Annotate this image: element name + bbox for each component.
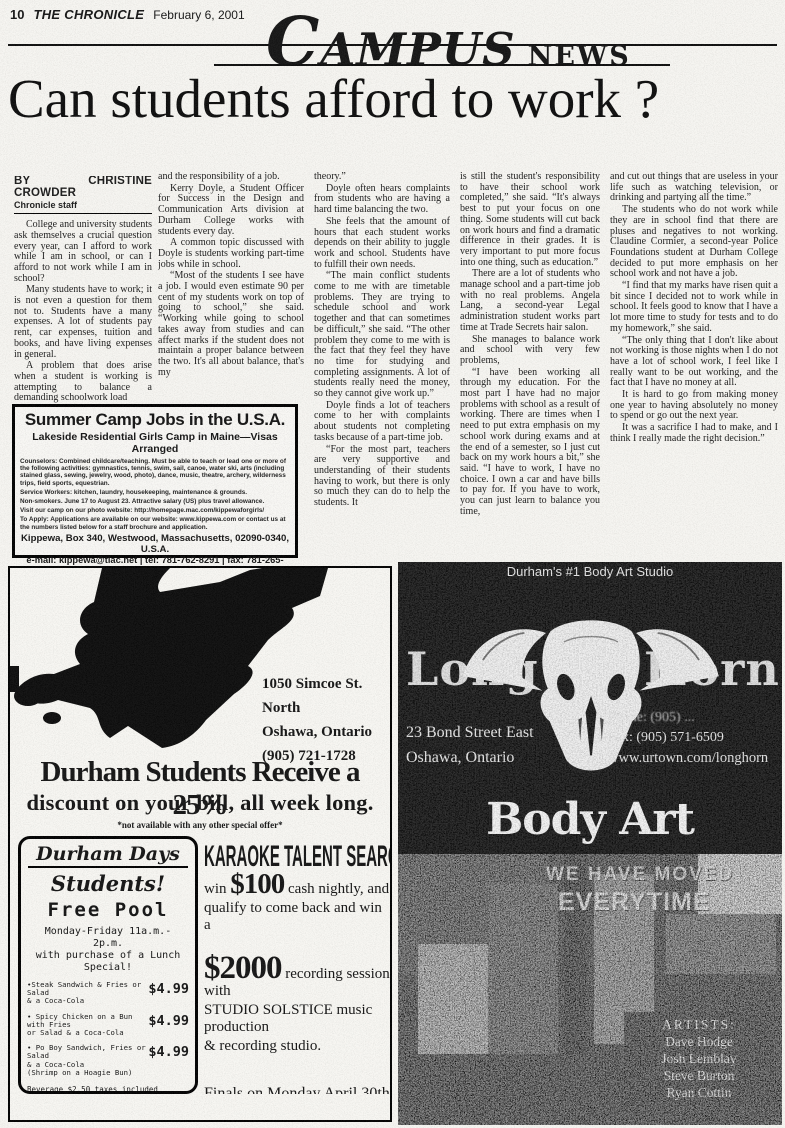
durham-days-ad: Durham Days Students! Free Pool Monday-F… xyxy=(18,836,198,1094)
beverage-note: Beverage $2.50 taxes included xyxy=(27,1085,189,1094)
artists-label: ARTISTS: xyxy=(624,1016,774,1033)
bodyart-address-line2: Oshawa, Ontario xyxy=(406,745,534,770)
text-line: Visit our camp on our photo website: htt… xyxy=(20,507,290,514)
article-column-3: theory.”Doyle often hears complaints fro… xyxy=(314,172,450,550)
newspaper-page: { "header": { "page_number": "10", "publ… xyxy=(0,0,785,1128)
artists-list: ARTISTS: Dave HodgeJosh LemblaySteve Bur… xyxy=(624,1012,774,1105)
byline-role: Chronicle staff xyxy=(14,200,152,214)
menu-item-3-text: • Po Boy Sandwich, Fries or Salad & a Co… xyxy=(27,1044,148,1077)
page-header: 10 THE CHRONICLE February 6, 2001 xyxy=(10,7,245,22)
byline-block: BY CHRISTINE CROWDER Chronicle staff xyxy=(14,176,152,214)
karaoke-line-1: win $100 cash nightly, and xyxy=(204,876,390,898)
text-line: Doyle often hears complaints from studen… xyxy=(314,184,450,216)
article-column-2: and the responsibility of a job.Kerry Do… xyxy=(158,172,304,406)
bodyart-phone: Phone: (905) ... xyxy=(608,708,768,728)
karaoke-line-1-post: cash nightly, and xyxy=(288,881,389,897)
text-line: A problem that does arise when a student… xyxy=(14,361,152,404)
menu-item-2-line1: • Spicy Chicken on a Bun with Fries xyxy=(27,1013,148,1029)
karaoke-title: KARAOKE TALENT SEARCH xyxy=(204,840,297,874)
publication-name: THE CHRONICLE xyxy=(33,7,144,22)
text-line: is still the student's responsibility to… xyxy=(460,172,600,268)
camp-ad-subtitle: Lakeside Residential Girls Camp in Maine… xyxy=(20,431,290,455)
restaurant-ad: 1050 Simcoe St. North Oshawa, Ontario (9… xyxy=(8,566,392,1122)
collage-shape xyxy=(666,914,776,974)
menu-item-2: • Spicy Chicken on a Bun with Fries or S… xyxy=(27,1013,189,1038)
text-line: and cut out things that are useless in y… xyxy=(610,172,778,204)
text-line: There are a lot of students who manage s… xyxy=(460,269,600,333)
text-line: “The only thing that I don't like about … xyxy=(610,336,778,390)
longhorn-name-left: Long xyxy=(406,642,539,696)
text-line: theory.” xyxy=(314,172,450,183)
restaurant-disclaimer: *not available with any other special of… xyxy=(10,820,390,830)
restaurant-address-line2: Oshawa, Ontario xyxy=(262,720,392,744)
menu-item-3: • Po Boy Sandwich, Fries or Salad & a Co… xyxy=(27,1044,189,1077)
bodyart-photo-collage: WE HAVE MOVED EVERYTIME ARTISTS: Dave Ho… xyxy=(398,854,782,1125)
coca-cola-logo: Coca-Cola xyxy=(26,1093,189,1094)
restaurant-headline-2: discount on your bill, all week long. xyxy=(10,790,390,816)
bodyart-fax: Fax: (905) 571-6509 xyxy=(608,728,768,748)
text-line: “For the most part, teachers are very su… xyxy=(314,445,450,509)
text-line: The students who do not work while they … xyxy=(610,205,778,280)
text-line: “The main conflict students come to me w… xyxy=(314,271,450,399)
bodyart-ad: Durham's #1 Body Art Studio Long Horn 23… xyxy=(398,562,782,1125)
text-line: “Most of the students I see have a job. … xyxy=(158,271,304,378)
menu-item-1-line2: & a Coca-Cola xyxy=(27,997,148,1005)
text-line: Dave Hodge xyxy=(624,1033,774,1050)
text-line: She manages to balance work and school w… xyxy=(460,335,600,367)
menu-item-3-price: $4.99 xyxy=(148,1044,189,1060)
text-line: She feels that the amount of hours that … xyxy=(314,217,450,271)
longhorn-name-right: Horn xyxy=(644,642,780,696)
karaoke-win-label: win xyxy=(204,881,227,897)
hours-line1: Monday-Friday 11a.m.- 2p.m. xyxy=(27,926,189,950)
menu-item-3-line1: • Po Boy Sandwich, Fries or Salad xyxy=(27,1044,148,1060)
menu-item-2-text: • Spicy Chicken on a Bun with Fries or S… xyxy=(27,1013,148,1038)
text-line: “I find that my marks have risen quit a … xyxy=(610,281,778,335)
artists-names: Dave HodgeJosh LemblaySteve BurtonRyan C… xyxy=(624,1033,774,1101)
bodyart-title: Body Art xyxy=(398,794,782,845)
bodyart-address-line1: 23 Bond Street East xyxy=(406,720,534,745)
article-column-1: BY CHRISTINE CROWDER Chronicle staff Col… xyxy=(14,176,152,404)
text-line: Josh Lemblay xyxy=(624,1050,774,1067)
karaoke-ad: KARAOKE TALENT SEARCH win $100 cash nigh… xyxy=(204,840,390,1094)
everytime-overlay-text: EVERYTIME xyxy=(558,888,778,917)
karaoke-line-2: qualify to come back and win a xyxy=(204,900,390,934)
text-line: To Apply: Applications are available on … xyxy=(20,516,290,530)
text-line: and the responsibility of a job. xyxy=(158,172,304,183)
text-line: Service Workers: kitchen, laundry, house… xyxy=(20,489,290,496)
karaoke-line-4: STUDIO SOLSTICE music production xyxy=(204,1002,390,1036)
karaoke-line-5: & recording studio. xyxy=(204,1038,390,1055)
bodyart-address: 23 Bond Street East Oshawa, Ontario xyxy=(406,720,534,770)
masthead-rule xyxy=(214,64,670,66)
text-line: “I have been working all through my educ… xyxy=(460,368,600,518)
column-1-text: College and university students ask them… xyxy=(14,220,152,404)
article-column-5: and cut out things that are useless in y… xyxy=(610,172,778,534)
byline: BY CHRISTINE CROWDER xyxy=(14,176,152,199)
menu-item-1-price: $4.99 xyxy=(148,981,189,997)
karaoke-finals: Finals on Monday April 30th xyxy=(204,1085,390,1094)
menu-item-1: •Steak Sandwich & Fries or Salad & a Coc… xyxy=(27,981,189,1006)
camp-ad-title: Summer Camp Jobs in the U.S.A. xyxy=(20,410,290,430)
text-line: Steve Burton xyxy=(624,1067,774,1084)
durham-days-title-wrap: Durham Days xyxy=(27,843,189,868)
text-line: Kerry Doyle, a Student Officer for Succe… xyxy=(158,184,304,238)
karaoke-2000-amount: $2000 xyxy=(204,950,282,986)
hours-line2: with purchase of a Lunch Special! xyxy=(27,950,189,974)
durham-days-hours: Monday-Friday 11a.m.- 2p.m. with purchas… xyxy=(27,926,189,974)
menu-item-1-line1: •Steak Sandwich & Fries or Salad xyxy=(27,981,148,997)
restaurant-address-line1: 1050 Simcoe St. North xyxy=(262,672,392,720)
menu-item-1-text: •Steak Sandwich & Fries or Salad & a Coc… xyxy=(27,981,148,1006)
text-line: Doyle finds a lot of teachers come to he… xyxy=(314,401,450,444)
text-line: Non-smokers. June 17 to August 23. Attra… xyxy=(20,498,290,505)
text-line: Counselors: Combined childcare/teaching.… xyxy=(20,458,290,487)
karaoke-line-3: $2000 recording session with xyxy=(204,960,390,1000)
durham-days-title: Durham Days xyxy=(28,843,188,868)
summer-camp-ad: Summer Camp Jobs in the U.S.A. Lakeside … xyxy=(12,404,298,558)
text-line: College and university students ask them… xyxy=(14,220,152,284)
menu-item-2-line2: or Salad & a Coca-Cola xyxy=(27,1029,148,1037)
camp-ad-body: Counselors: Combined childcare/teaching.… xyxy=(20,458,290,531)
menu-item-2-price: $4.99 xyxy=(148,1013,189,1029)
issue-date: February 6, 2001 xyxy=(153,8,244,22)
text-line: It was a sacrifice I had to make, and I … xyxy=(610,423,778,444)
bodyart-contact: Phone: (905) ... Fax: (905) 571-6509 www… xyxy=(608,708,768,768)
menu-item-3-line3: (Shrimp on a Hoagie Bun) xyxy=(27,1069,148,1077)
moved-overlay-text: WE HAVE MOVED xyxy=(546,864,776,886)
text-line: It is hard to go from making money one y… xyxy=(610,390,778,422)
text-line: Ryan Cottin xyxy=(624,1084,774,1101)
text-line: A common topic discussed with Doyle is s… xyxy=(158,238,304,270)
article-column-4: is still the student's responsibility to… xyxy=(460,172,600,554)
restaurant-address: 1050 Simcoe St. North Oshawa, Ontario (9… xyxy=(262,672,392,768)
article-headline: Can students afford to work ? xyxy=(8,70,780,128)
camp-ad-address: Kippewa, Box 340, Westwood, Massachusett… xyxy=(20,533,290,555)
text-line: Many students have to work; it is not ev… xyxy=(14,285,152,360)
durham-days-subtitle: Students! xyxy=(27,871,189,896)
page-number: 10 xyxy=(10,7,24,22)
durham-days-offer: Free Pool xyxy=(27,899,189,921)
bodyart-website: www.urtown.com/longhorn xyxy=(608,748,768,768)
